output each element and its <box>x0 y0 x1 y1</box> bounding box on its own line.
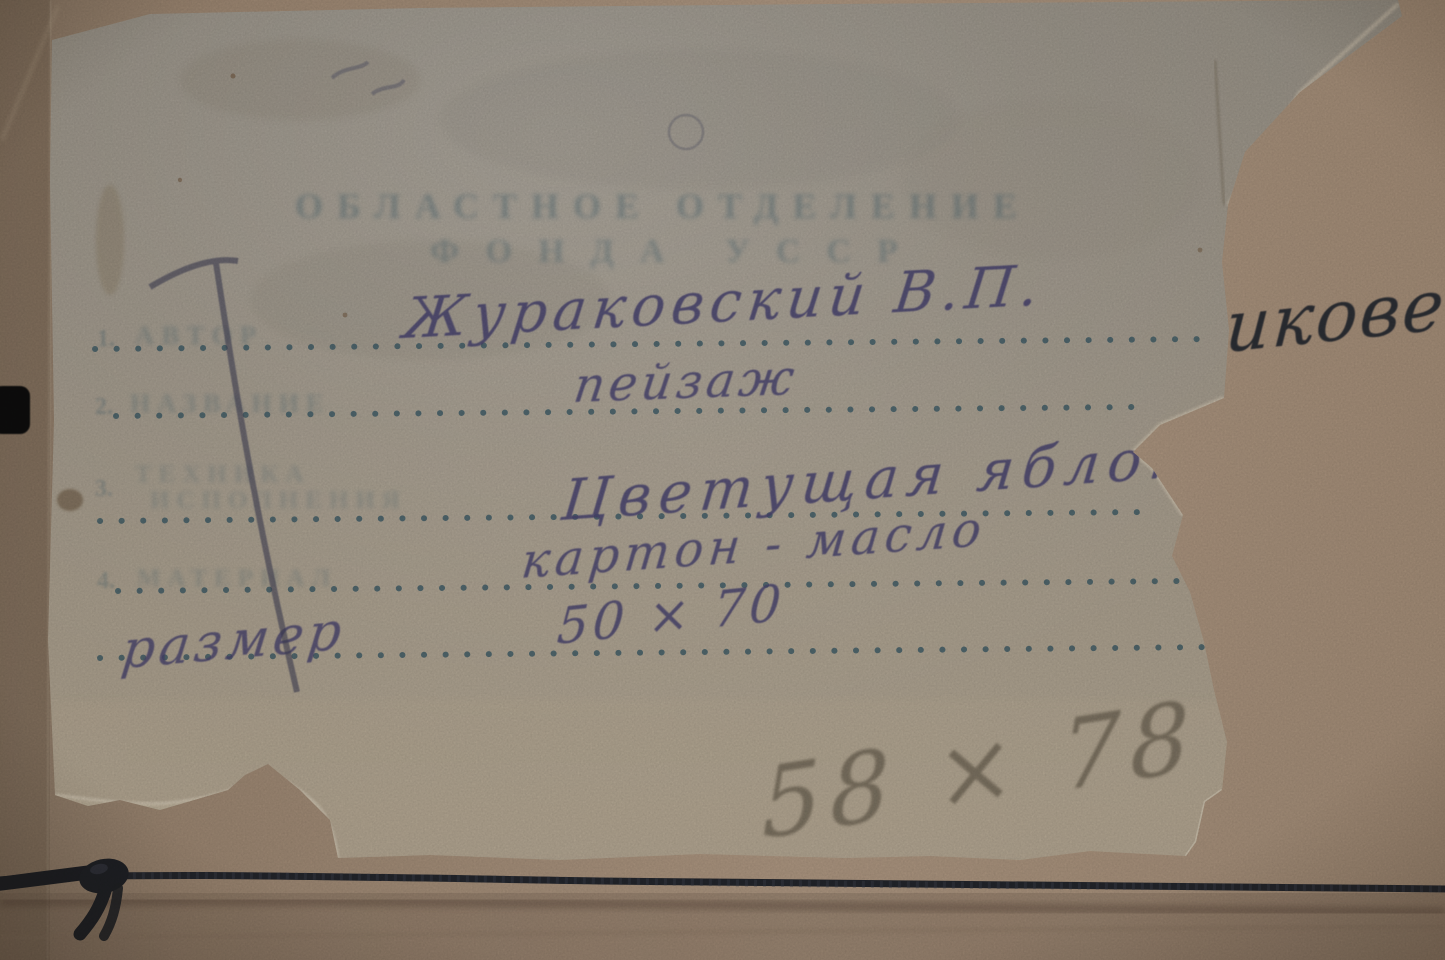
vignette <box>0 0 1445 960</box>
painting-back-photo: ОБЛАСТНОЕ ОТДЕЛЕНИЕ ФОНДА УССР 1. АВТОР … <box>0 0 1445 960</box>
photo-canvas: ОБЛАСТНОЕ ОТДЕЛЕНИЕ ФОНДА УССР 1. АВТОР … <box>0 0 1445 960</box>
